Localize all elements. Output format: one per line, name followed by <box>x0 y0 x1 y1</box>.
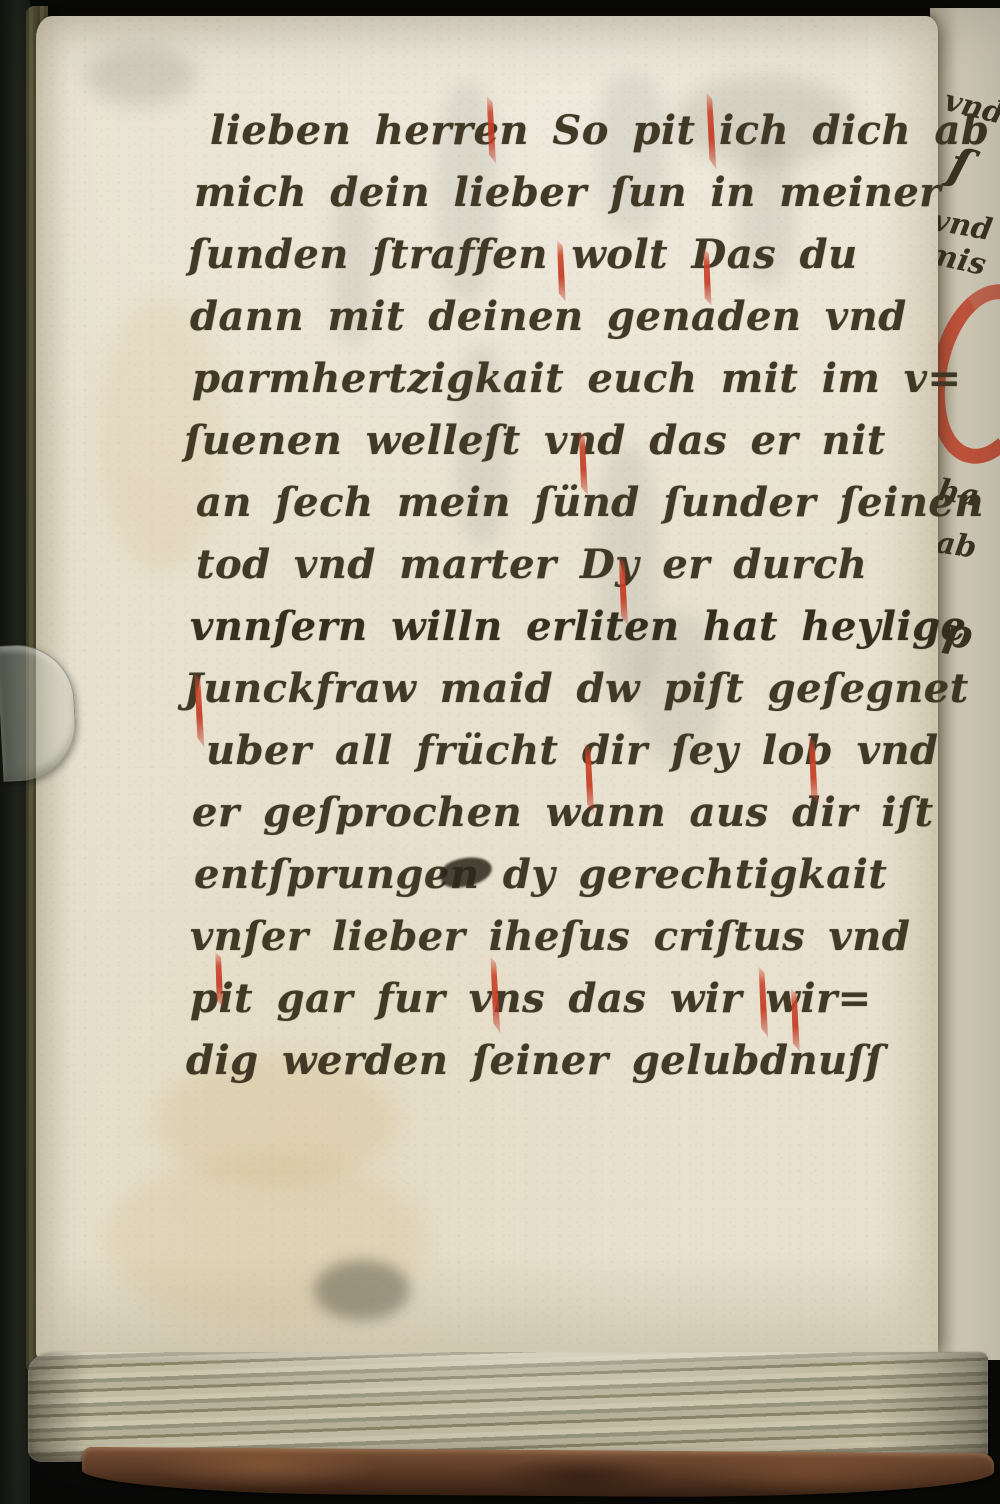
manuscript-line: er geſprochen wann aus dir iſt <box>192 782 912 844</box>
manuscript-line: an ſech mein ſünd ſunder ſeinen <box>196 472 912 534</box>
manuscript-line: uber all frücht dir ſey lob vnd <box>206 720 912 782</box>
manuscript-text-block: lieben herren So pit ich dich ab mich de… <box>184 100 912 1092</box>
parchment-stain <box>86 46 196 106</box>
manuscript-line: lieben herren So pit ich dich ab <box>210 100 912 162</box>
leather-binding-edge <box>82 1447 994 1499</box>
manuscript-line: tod vnd marter Dy er durch <box>196 534 912 596</box>
dark-smudge <box>314 1260 410 1320</box>
bottom-edge-shading <box>28 1352 988 1462</box>
next-page-text-fragment: ab <box>934 525 979 565</box>
manuscript-page: lieben herren So pit ich dich ab mich de… <box>36 16 938 1360</box>
manuscript-line: pit gar fur vns das wir wir= <box>190 968 912 1030</box>
manuscript-line: vnnſern willn erliten hat heylige <box>190 596 912 658</box>
manuscript-line: entſprungen dy gerechtigkait <box>194 844 912 906</box>
manuscript-line: dig werden ſeiner gelubdnuſſ <box>186 1030 912 1092</box>
manuscript-line: ſuenen welleſt vnd das er nit <box>184 410 912 472</box>
manuscript-line: vnſer lieber iheſus criſtus vnd <box>190 906 912 968</box>
manuscript-line: Junckfraw maid dw piſt geſegnet <box>184 658 912 720</box>
manuscript-photo: vnd ſ vnd mis ha ab p lieben herren So p… <box>0 0 1000 1504</box>
bottom-page-edges <box>28 1352 988 1462</box>
manuscript-line: dann mit deinen genaden vnd <box>190 286 912 348</box>
manuscript-line: ſunden ſtraffen wolt Das du <box>188 224 912 286</box>
manuscript-line: mich dein lieber ſun in meiner <box>194 162 912 224</box>
manuscript-line: parmhertzigkait euch mit im v= <box>192 348 912 410</box>
